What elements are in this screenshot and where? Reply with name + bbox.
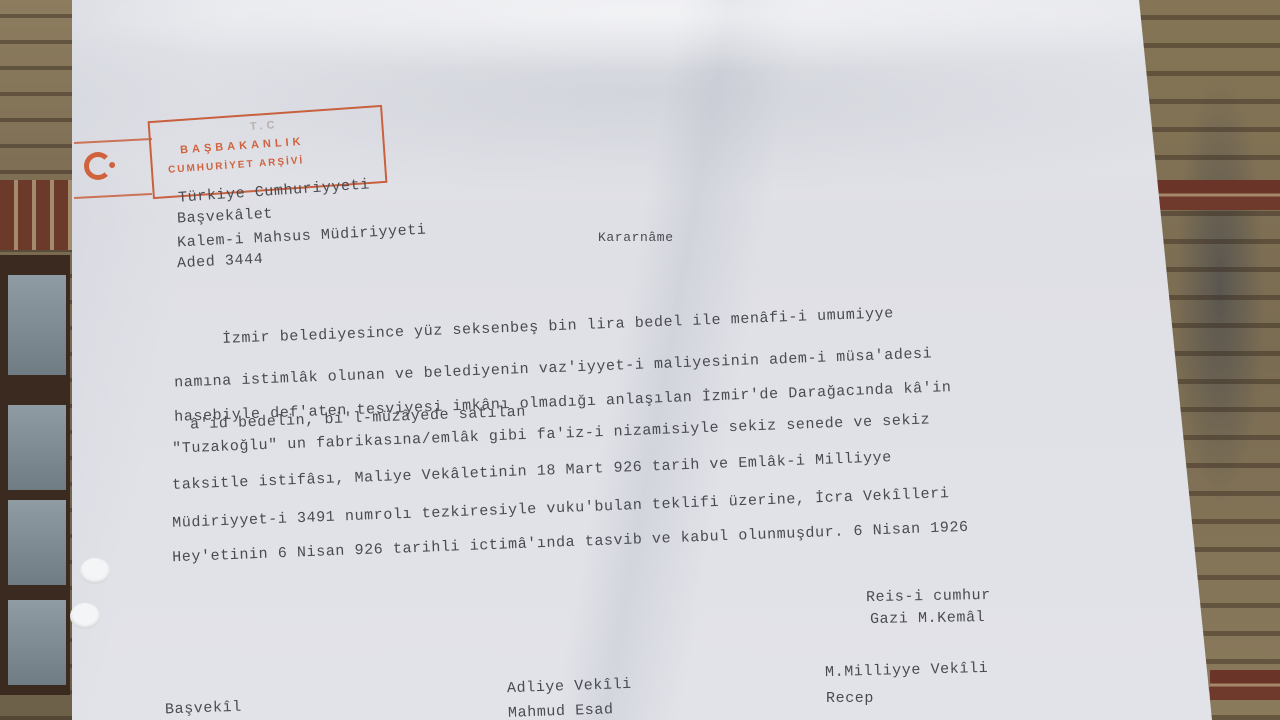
building-window bbox=[0, 255, 70, 695]
star-icon: ● bbox=[108, 158, 116, 174]
window-pane bbox=[8, 275, 66, 375]
window-pane bbox=[8, 405, 66, 490]
education-minister-name: Recep bbox=[826, 690, 874, 707]
prime-minister-title: Başvekîl bbox=[165, 699, 242, 719]
stamp-line-tc: T.C bbox=[250, 119, 279, 133]
brick-band-left bbox=[0, 180, 75, 250]
window-pane bbox=[8, 500, 66, 585]
president-name: Gazi M.Kemâl bbox=[870, 609, 985, 628]
punch-hole bbox=[80, 558, 110, 584]
punch-hole bbox=[70, 603, 100, 629]
window-pane bbox=[8, 600, 66, 685]
brick-band-right bbox=[1150, 180, 1280, 210]
document-title: Kararnâme bbox=[598, 230, 674, 245]
president-title: Reis-i cumhur bbox=[866, 587, 991, 606]
brick-band-right-lower bbox=[1210, 670, 1280, 700]
justice-minister-name: Mahmud Esad bbox=[508, 701, 614, 720]
